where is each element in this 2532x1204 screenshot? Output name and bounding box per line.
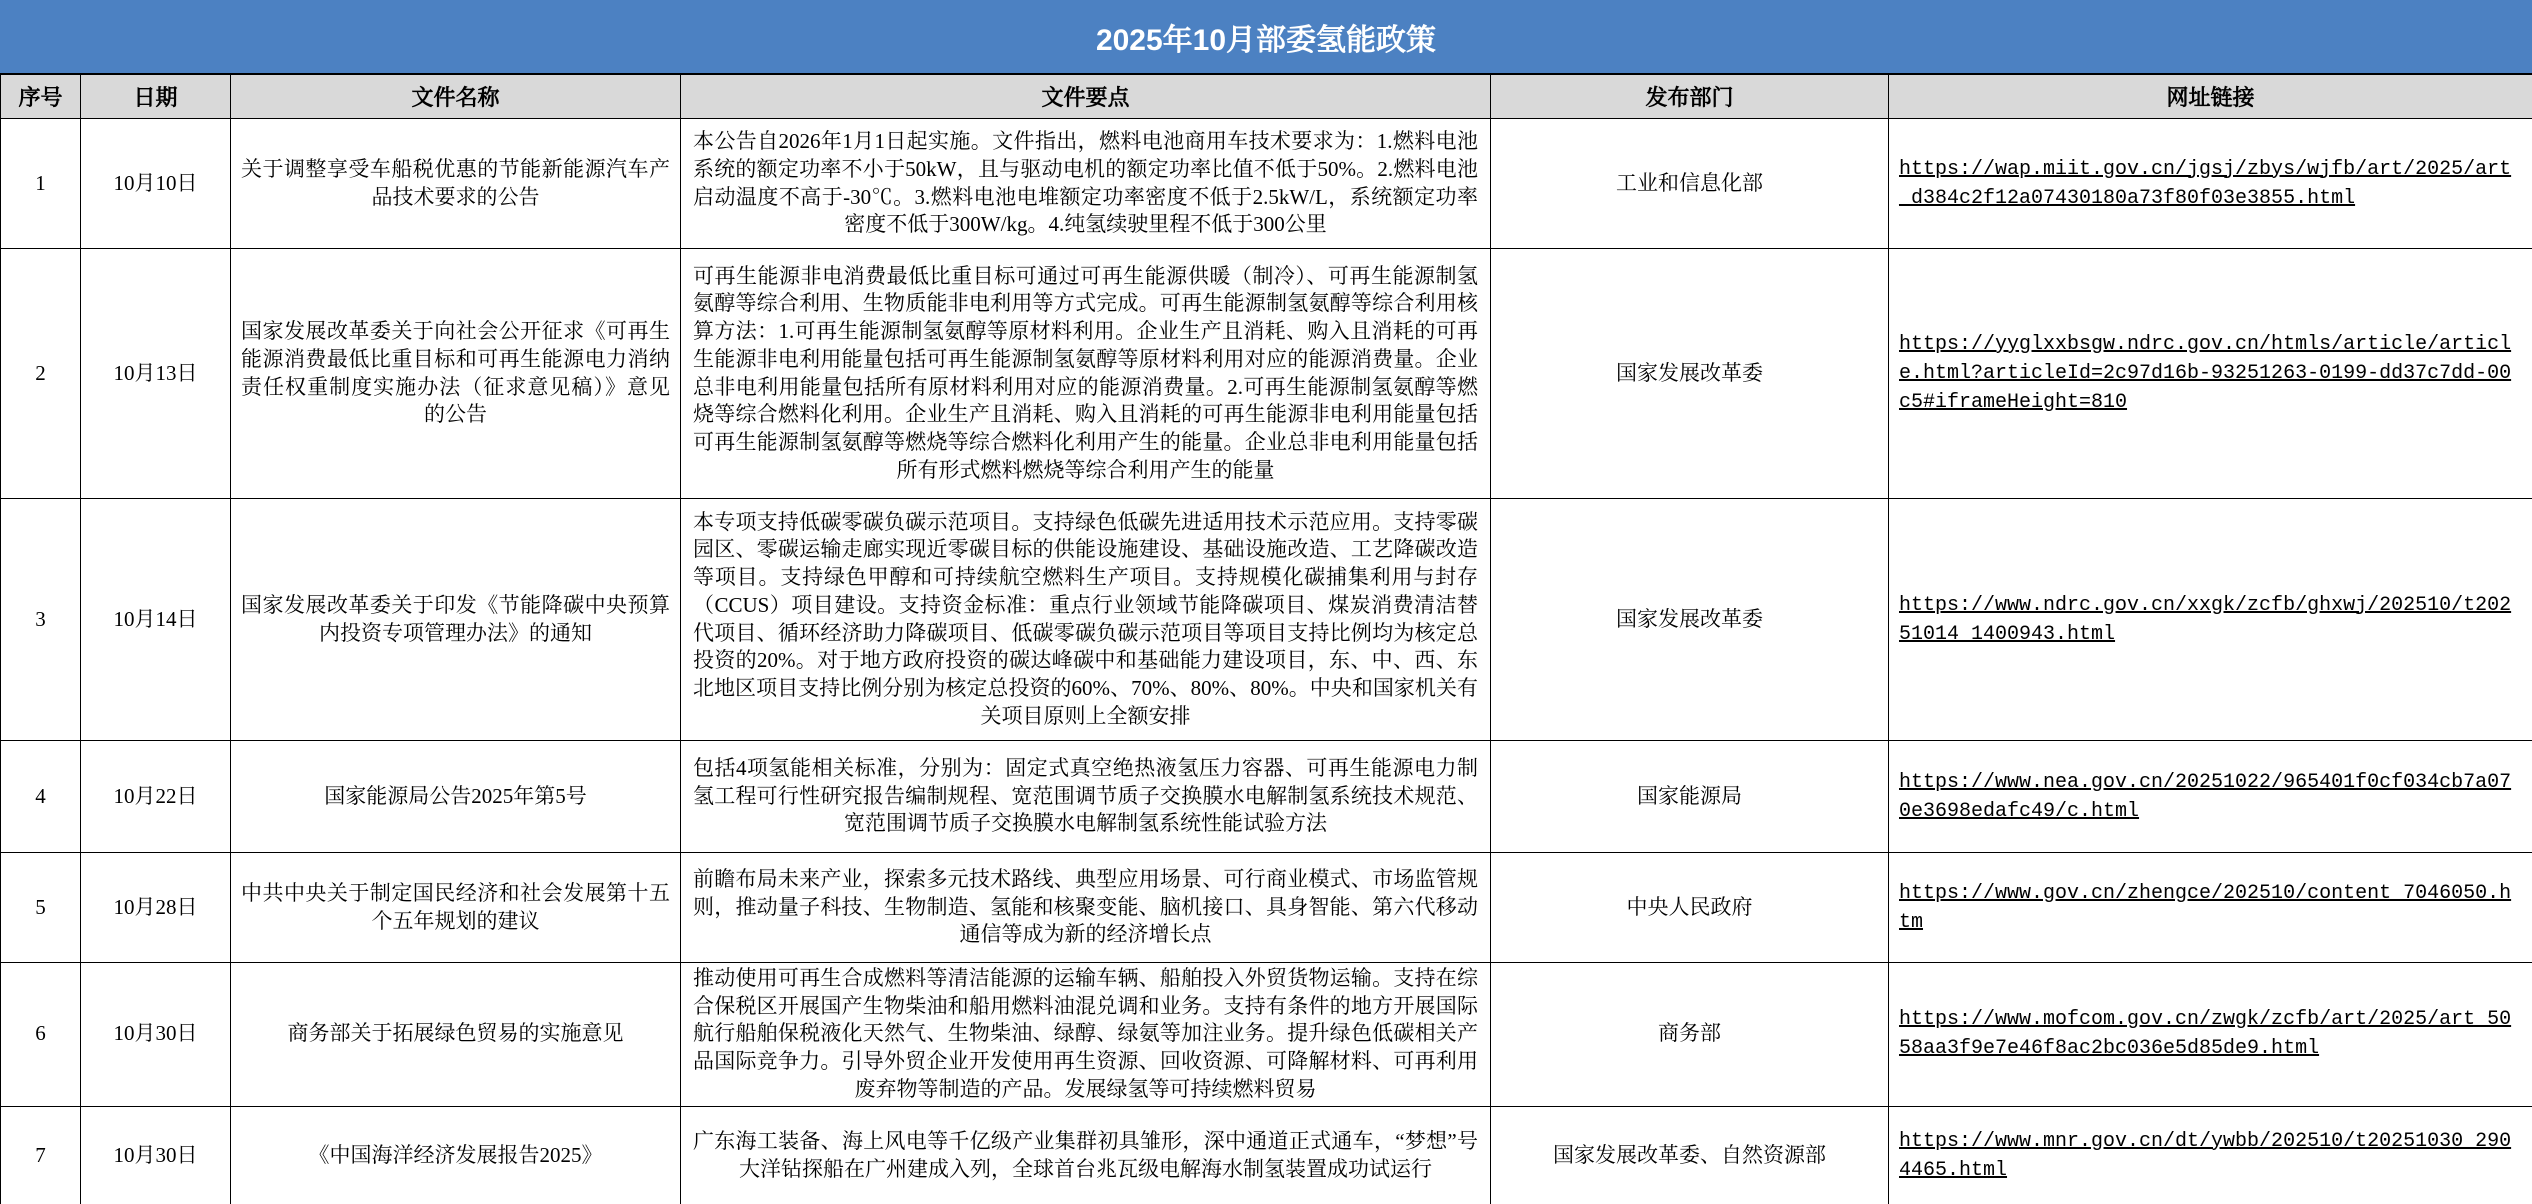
cell-date: 10月30日 bbox=[81, 1106, 231, 1204]
cell-no: 3 bbox=[1, 499, 81, 741]
header-cell-no: 序号 bbox=[1, 75, 81, 119]
policy-table: 序号 日期 文件名称 文件要点 发布部门 网址链接 1 10月10日 关于调整享… bbox=[0, 74, 2532, 1204]
cell-name: 《中国海洋经济发展报告2025》 bbox=[231, 1106, 681, 1204]
table-row: 7 10月30日 《中国海洋经济发展报告2025》 广东海工装备、海上风电等千亿… bbox=[1, 1106, 2532, 1204]
sheet-title: 2025年10月部委氢能政策 bbox=[0, 0, 2532, 74]
cell-dept: 国家发展改革委 bbox=[1491, 499, 1889, 741]
header-cell-url: 网址链接 bbox=[1889, 75, 2532, 119]
cell-points: 可再生能源非电消费最低比重目标可通过可再生能源供暖（制冷）、可再生能源制氢氨醇等… bbox=[681, 249, 1491, 499]
cell-dept: 国家发展改革委 bbox=[1491, 249, 1889, 499]
cell-no: 5 bbox=[1, 853, 81, 963]
cell-url: https://www.ndrc.gov.cn/xxgk/zcfb/ghxwj/… bbox=[1889, 499, 2532, 741]
table-header: 序号 日期 文件名称 文件要点 发布部门 网址链接 bbox=[1, 75, 2532, 119]
sheet-title-text: 2025年10月部委氢能政策 bbox=[1096, 15, 1436, 59]
table-row: 3 10月14日 国家发展改革委关于印发《节能降碳中央预算内投资专项管理办法》的… bbox=[1, 499, 2532, 741]
cell-name: 商务部关于拓展绿色贸易的实施意见 bbox=[231, 963, 681, 1107]
cell-points: 推动使用可再生合成燃料等清洁能源的运输车辆、船舶投入外贸货物运输。支持在综合保税… bbox=[681, 963, 1491, 1107]
table-row: 1 10月10日 关于调整享受车船税优惠的节能新能源汽车产品技术要求的公告 本公… bbox=[1, 119, 2532, 249]
table-row: 6 10月30日 商务部关于拓展绿色贸易的实施意见 推动使用可再生合成燃料等清洁… bbox=[1, 963, 2532, 1107]
url-link[interactable]: https://yyglxxbsgw.ndrc.gov.cn/htmls/art… bbox=[1899, 330, 2522, 417]
url-link[interactable]: https://wap.miit.gov.cn/jgsj/zbys/wjfb/a… bbox=[1899, 155, 2522, 213]
cell-dept: 国家发展改革委、自然资源部 bbox=[1491, 1106, 1889, 1204]
cell-name: 中共中央关于制定国民经济和社会发展第十五个五年规划的建议 bbox=[231, 853, 681, 963]
url-link[interactable]: https://www.gov.cn/zhengce/202510/conten… bbox=[1899, 879, 2522, 937]
cell-points: 包括4项氢能相关标准，分别为：固定式真空绝热液氢压力容器、可再生能源电力制氢工程… bbox=[681, 741, 1491, 853]
cell-url: https://yyglxxbsgw.ndrc.gov.cn/htmls/art… bbox=[1889, 249, 2532, 499]
cell-points: 本专项支持低碳零碳负碳示范项目。支持绿色低碳先进适用技术示范应用。支持零碳园区、… bbox=[681, 499, 1491, 741]
url-link[interactable]: https://www.mnr.gov.cn/dt/ywbb/202510/t2… bbox=[1899, 1127, 2522, 1185]
cell-no: 1 bbox=[1, 119, 81, 249]
cell-name: 国家能源局公告2025年第5号 bbox=[231, 741, 681, 853]
cell-points: 本公告自2026年1月1日起实施。文件指出，燃料电池商用车技术要求为：1.燃料电… bbox=[681, 119, 1491, 249]
cell-dept: 国家能源局 bbox=[1491, 741, 1889, 853]
cell-date: 10月30日 bbox=[81, 963, 231, 1107]
cell-dept: 商务部 bbox=[1491, 963, 1889, 1107]
cell-url: https://www.nea.gov.cn/20251022/965401f0… bbox=[1889, 741, 2532, 853]
cell-dept: 工业和信息化部 bbox=[1491, 119, 1889, 249]
cell-url: https://www.mofcom.gov.cn/zwgk/zcfb/art/… bbox=[1889, 963, 2532, 1107]
cell-date: 10月10日 bbox=[81, 119, 231, 249]
spreadsheet: 2025年10月部委氢能政策 序号 日期 文件名称 文件要点 发布部门 网址链接… bbox=[0, 0, 2532, 1204]
table-row: 5 10月28日 中共中央关于制定国民经济和社会发展第十五个五年规划的建议 前瞻… bbox=[1, 853, 2532, 963]
cell-points: 广东海工装备、海上风电等千亿级产业集群初具雏形，深中通道正式通车，“梦想”号大洋… bbox=[681, 1106, 1491, 1204]
url-link[interactable]: https://www.mofcom.gov.cn/zwgk/zcfb/art/… bbox=[1899, 1005, 2522, 1063]
cell-name: 关于调整享受车船税优惠的节能新能源汽车产品技术要求的公告 bbox=[231, 119, 681, 249]
url-link[interactable]: https://www.ndrc.gov.cn/xxgk/zcfb/ghxwj/… bbox=[1899, 591, 2522, 649]
url-link[interactable]: https://www.nea.gov.cn/20251022/965401f0… bbox=[1899, 768, 2522, 826]
cell-name: 国家发展改革委关于向社会公开征求《可再生能源消费最低比重目标和可再生能源电力消纳… bbox=[231, 249, 681, 499]
cell-points: 前瞻布局未来产业，探索多元技术路线、典型应用场景、可行商业模式、市场监管规则，推… bbox=[681, 853, 1491, 963]
cell-no: 4 bbox=[1, 741, 81, 853]
cell-url: https://wap.miit.gov.cn/jgsj/zbys/wjfb/a… bbox=[1889, 119, 2532, 249]
header-cell-date: 日期 bbox=[81, 75, 231, 119]
cell-dept: 中央人民政府 bbox=[1491, 853, 1889, 963]
header-cell-points: 文件要点 bbox=[681, 75, 1491, 119]
cell-date: 10月13日 bbox=[81, 249, 231, 499]
cell-no: 2 bbox=[1, 249, 81, 499]
header-cell-dept: 发布部门 bbox=[1491, 75, 1889, 119]
cell-no: 7 bbox=[1, 1106, 81, 1204]
cell-name: 国家发展改革委关于印发《节能降碳中央预算内投资专项管理办法》的通知 bbox=[231, 499, 681, 741]
cell-url: https://www.mnr.gov.cn/dt/ywbb/202510/t2… bbox=[1889, 1106, 2532, 1204]
cell-url: https://www.gov.cn/zhengce/202510/conten… bbox=[1889, 853, 2532, 963]
cell-date: 10月28日 bbox=[81, 853, 231, 963]
table-row: 2 10月13日 国家发展改革委关于向社会公开征求《可再生能源消费最低比重目标和… bbox=[1, 249, 2532, 499]
cell-date: 10月22日 bbox=[81, 741, 231, 853]
header-cell-name: 文件名称 bbox=[231, 75, 681, 119]
cell-date: 10月14日 bbox=[81, 499, 231, 741]
table-row: 4 10月22日 国家能源局公告2025年第5号 包括4项氢能相关标准，分别为：… bbox=[1, 741, 2532, 853]
cell-no: 6 bbox=[1, 963, 81, 1107]
